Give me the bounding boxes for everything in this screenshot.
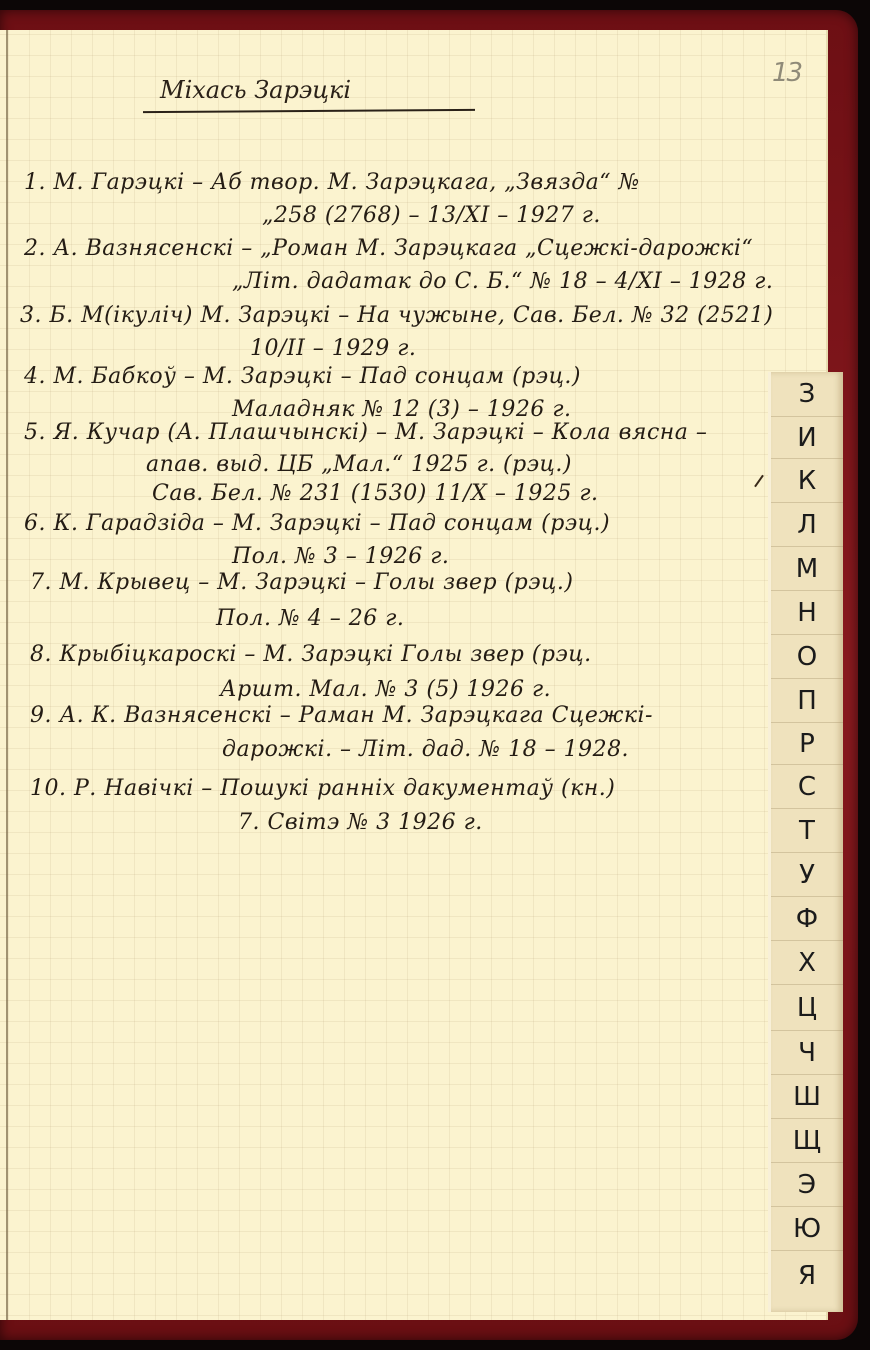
index-tab-es[interactable]: С [771,764,843,808]
index-tab-u[interactable]: У [771,852,843,896]
entry-3-line-2: 10/II – 1929 г. [250,336,416,361]
index-tab-ze[interactable]: З [771,372,843,416]
entry-9-line-2: дарожкі. – Літ. дад. № 18 – 1928. [222,737,629,762]
index-tab-shcha[interactable]: Щ [771,1118,843,1162]
entry-4-line-1: 4. М. Бабкоў – М. Зарэцкі – Пад сонцам (… [24,364,581,389]
index-tab-e[interactable]: Э [771,1162,843,1206]
page-fold-line [6,30,8,1320]
index-tab-en[interactable]: Н [771,590,843,634]
index-tab-i[interactable]: И [771,416,843,458]
page-title: Міхась Зарэцкі [160,76,351,104]
index-tab-ya[interactable]: Я [771,1250,843,1300]
index-tab-o[interactable]: О [771,634,843,678]
entry-8-line-2: Аршт. Мал. № 3 (5) 1926 г. [220,677,551,702]
index-tab-che[interactable]: Ч [771,1030,843,1074]
index-tab-ka[interactable]: К [771,458,843,502]
index-tab-kha[interactable]: Х [771,940,843,984]
index-tab-er[interactable]: Р [771,722,843,764]
page-number: 13 [772,58,801,88]
entry-10-line-1: 10. Р. Навічкі – Пошукі ранніх дакумента… [30,776,615,801]
entry-5-line-2: апав. выд. ЦБ „Мал.“ 1925 г. (рэц.) [146,452,572,477]
entry-10-line-2: 7. Світэ № 3 1926 г. [238,810,483,835]
entry-2-line-2: „Літ. дадатак до С. Б.“ № 18 – 4/XI – 19… [232,269,773,294]
entry-6-line-1: 6. К. Гарадзіда – М. Зарэцкі – Пад сонца… [24,511,610,536]
entry-8-line-1: 8. Крыбіцкароскі – М. Зарэцкі Голы звер … [30,642,592,667]
entry-1-line-1: 1. М. Гарэцкі – Аб твор. М. Зарэцкага, „… [24,170,640,195]
alphabet-index-tabs: З И К Л М Н О П Р С Т У Ф Х Ц Ч Ш Щ Э Ю … [768,372,843,1312]
entry-6-line-2: Пол. № 3 – 1926 г. [232,544,449,569]
entry-5-line-3: Сав. Бел. № 231 (1530) 11/X – 1925 г. [152,481,599,506]
entry-7-line-1: 7. М. Крывец – М. Зарэцкі – Голы звер (р… [30,570,573,595]
index-tab-pe[interactable]: П [771,678,843,722]
entry-5-line-1: 5. Я. Кучар (А. Плашчынскі) – М. Зарэцкі… [24,420,707,445]
index-tab-te[interactable]: Т [771,808,843,852]
index-tab-tse[interactable]: Ц [771,984,843,1030]
entry-3-line-1: 3. Б. М(ікуліч) М. Зарэцкі – На чужыне, … [20,303,773,328]
index-tab-em[interactable]: М [771,546,843,590]
index-tab-sha[interactable]: Ш [771,1074,843,1118]
entry-9-line-1: 9. А. К. Вазнясенскі – Раман М. Зарэцкаг… [30,703,653,728]
entry-7-line-2: Пол. № 4 – 26 г. [216,606,404,631]
entry-2-line-1: 2. А. Вазнясенскі – „Роман М. Зарэцкага … [24,236,753,261]
entry-4-line-2: Маладняк № 12 (3) – 1926 г. [232,397,571,422]
index-tab-el[interactable]: Л [771,502,843,546]
index-tab-ef[interactable]: Ф [771,896,843,940]
index-tab-yu[interactable]: Ю [771,1206,843,1250]
entry-1-line-2: „258 (2768) – 13/XI – 1927 г. [262,203,601,228]
